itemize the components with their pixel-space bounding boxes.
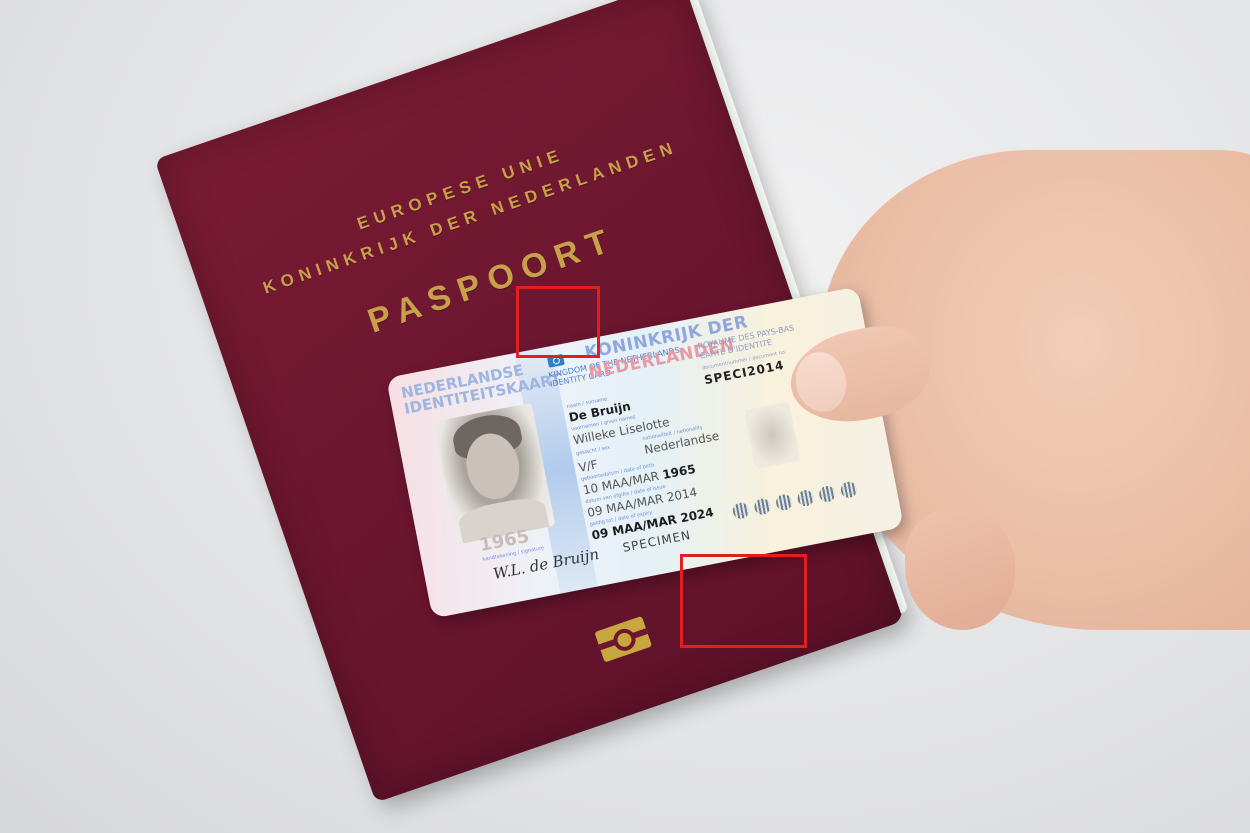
tactile-dots: [732, 480, 859, 520]
sex-value: V/F: [577, 457, 598, 474]
photo-scene: EUROPESE UNIE KONINKRIJK DER NEDERLANDEN…: [0, 0, 1250, 833]
sex-label: geslacht / sex: [575, 445, 610, 457]
highlight-box-passport-chip: [680, 554, 807, 648]
finger: [905, 510, 1015, 630]
passport-union-text: EUROPESE UNIE: [193, 89, 729, 290]
highlight-box-id-chip: [516, 286, 600, 358]
ghost-image: [744, 402, 801, 470]
biometric-chip-icon: [594, 616, 652, 663]
